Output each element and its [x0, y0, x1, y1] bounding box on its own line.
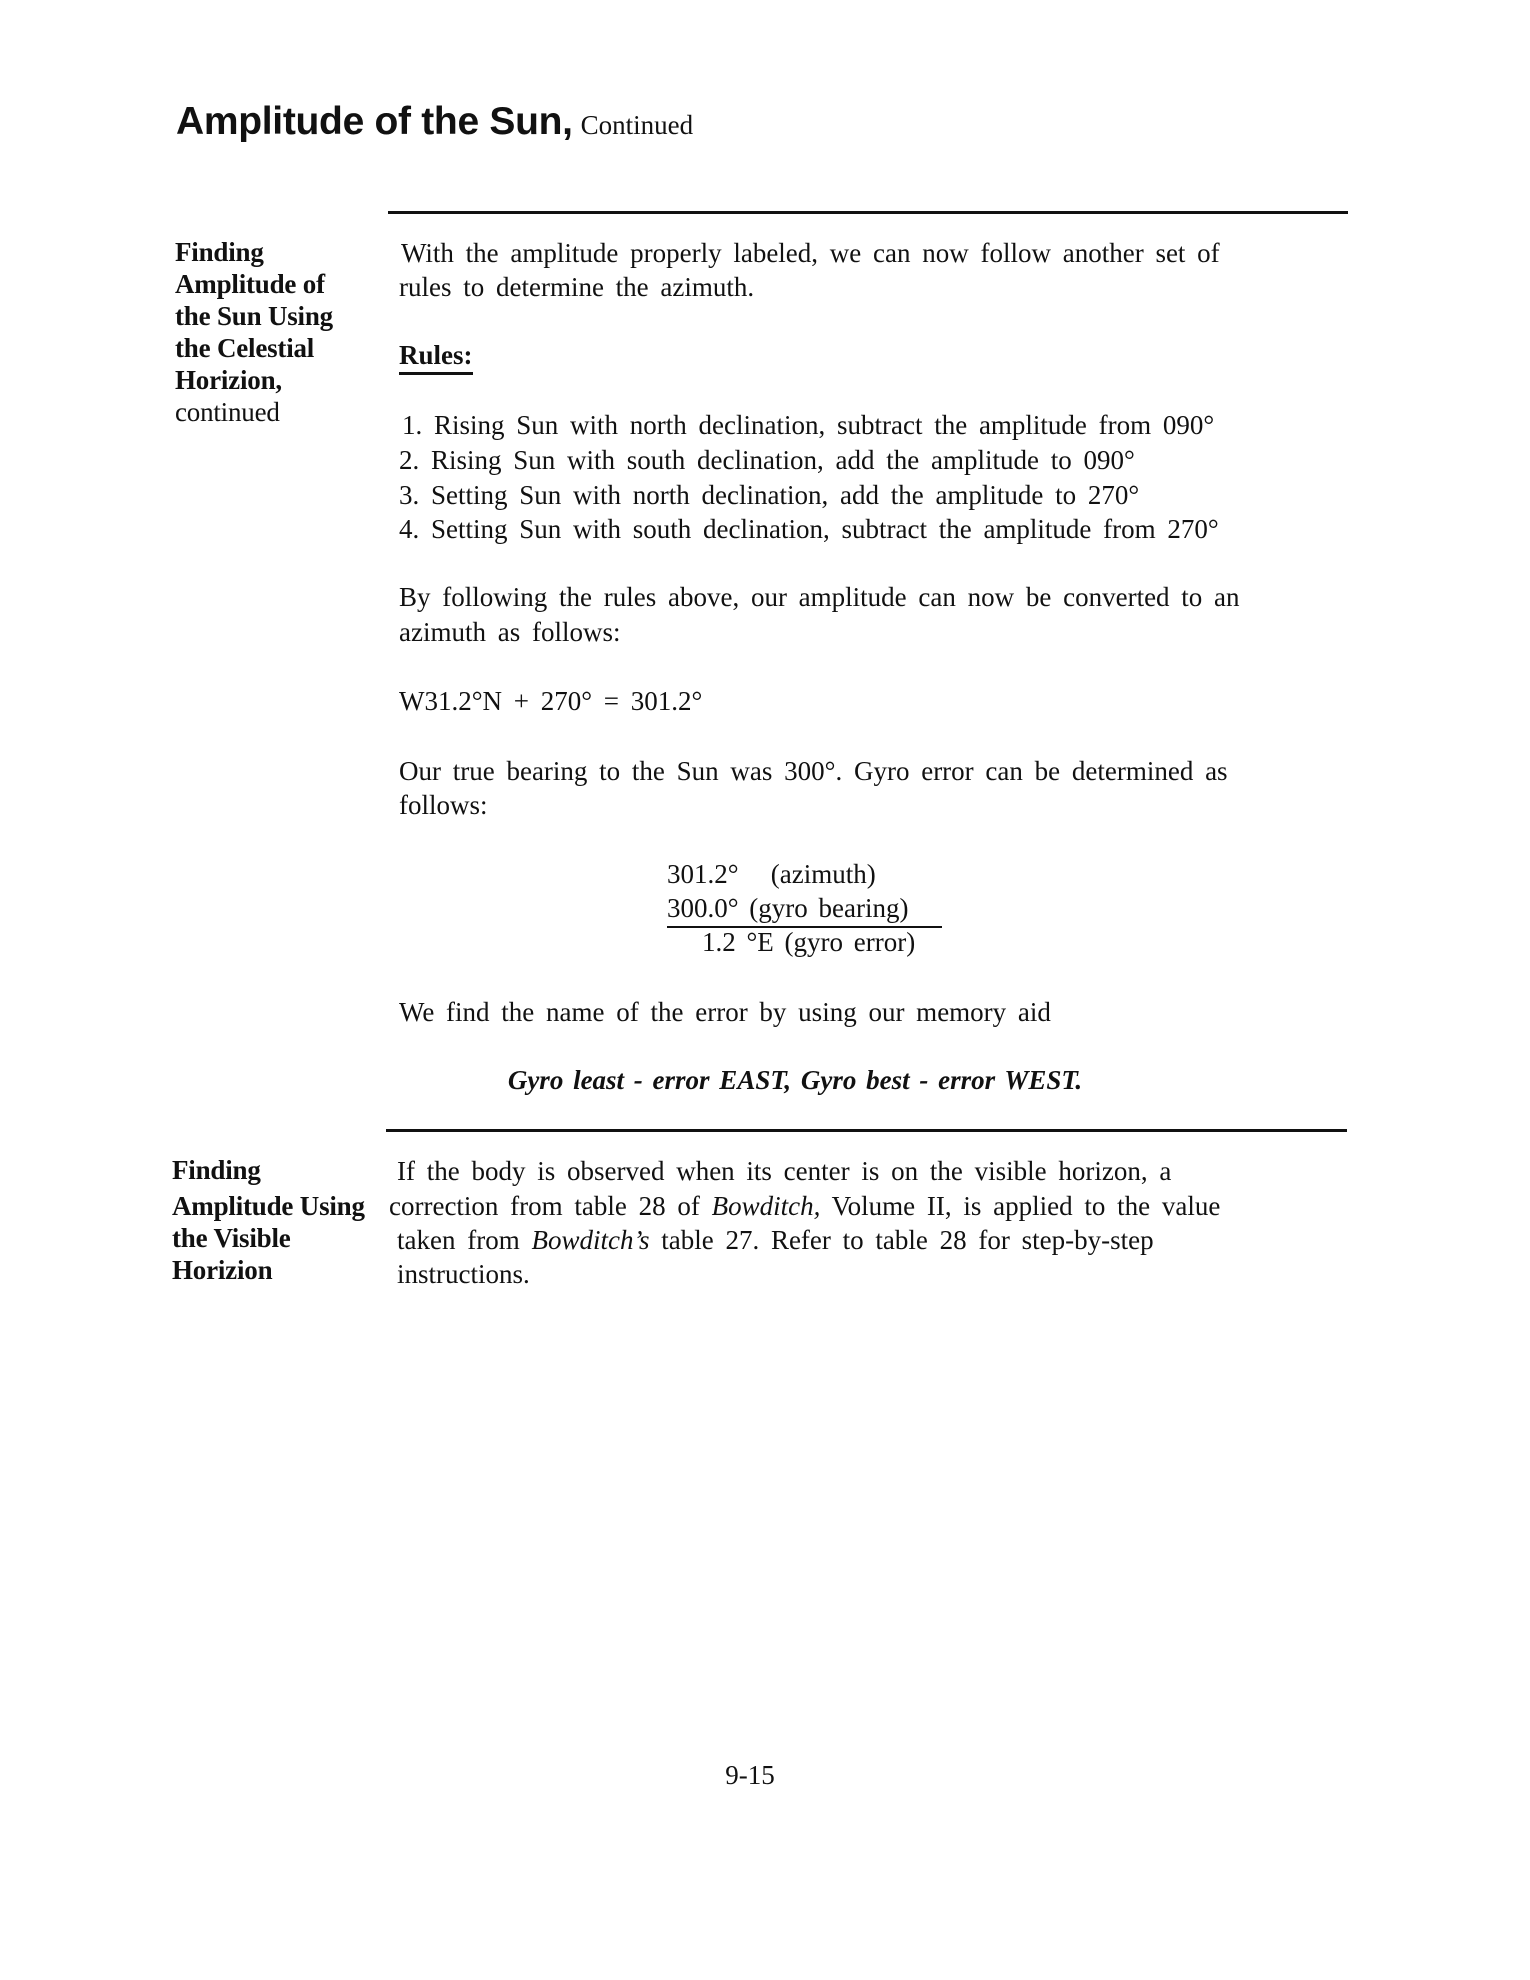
side-heading-line: Finding [172, 1154, 365, 1186]
rule-item: 2. Rising Sun with south declination, ad… [399, 443, 1135, 477]
text-run: taken from [397, 1225, 531, 1255]
calc-gyro-bearing: 300.0° (gyro bearing) [667, 891, 908, 925]
azimuth-equation: W31.2°N + 270° = 301.2° [399, 684, 702, 718]
side-heading-line: Horizion [172, 1254, 365, 1286]
text-run: table 27. Refer to table 28 for step-by-… [649, 1225, 1153, 1255]
rule-item: 4. Setting Sun with south declination, s… [399, 512, 1219, 546]
page-title: Amplitude of the Sun, Continued [176, 100, 693, 144]
visible-horizon-line: taken from Bowditch’s table 27. Refer to… [397, 1223, 1154, 1257]
calc-gyro-error: 1.2 °E (gyro error) [702, 925, 915, 959]
page-title-main: Amplitude of the Sun, [176, 100, 573, 143]
section-rule-top [388, 211, 1348, 214]
bearing-paragraph-line: follows: [399, 788, 488, 822]
page-title-continued: Continued [581, 110, 694, 140]
side-heading-continued: continued [175, 396, 333, 428]
side-heading-line: Finding [175, 236, 333, 268]
visible-horizon-line: If the body is observed when its center … [397, 1154, 1171, 1188]
page-number: 9-15 [0, 1760, 1515, 1791]
bowditch-title: Bowditch, [712, 1191, 821, 1221]
intro-paragraph-line: With the amplitude properly labeled, we … [401, 236, 1220, 270]
calc-azimuth: 301.2° (azimuth) [667, 857, 876, 891]
memory-aid: Gyro least - error EAST, Gyro best - err… [0, 1065, 1530, 1096]
visible-horizon-line: correction from table 28 of Bowditch, Vo… [389, 1189, 1220, 1223]
side-heading-line: the Sun Using [175, 300, 333, 332]
text-run: Volume II, is applied to the value [820, 1191, 1220, 1221]
intro-paragraph-line: rules to determine the azimuth. [399, 270, 754, 304]
side-heading-line: Amplitude Using [172, 1190, 365, 1222]
side-heading-line: the Celestial [175, 332, 333, 364]
rule-item: 1. Rising Sun with north declination, su… [402, 408, 1214, 442]
visible-horizon-line: instructions. [397, 1257, 530, 1291]
side-heading-line: the Visible [172, 1222, 365, 1254]
rules-heading: Rules: [399, 340, 473, 375]
section-rule-middle [386, 1129, 1347, 1132]
side-heading-celestial-horizon: Finding Amplitude of the Sun Using the C… [175, 236, 333, 428]
conversion-paragraph-line: azimuth as follows: [399, 615, 620, 649]
bowditch-title: Bowditch’s [531, 1225, 649, 1255]
bearing-paragraph-line: Our true bearing to the Sun was 300°. Gy… [399, 754, 1228, 788]
rule-item: 3. Setting Sun with north declination, a… [399, 478, 1139, 512]
side-heading-line: Horizion, [175, 364, 333, 396]
side-heading-line: Amplitude of [175, 268, 333, 300]
text-run: correction from table 28 of [389, 1191, 712, 1221]
conversion-paragraph-line: By following the rules above, our amplit… [399, 580, 1240, 614]
side-heading-visible-horizon: Finding Amplitude Using the Visible Hori… [172, 1154, 365, 1286]
memory-aid-intro: We find the name of the error by using o… [399, 995, 1051, 1029]
